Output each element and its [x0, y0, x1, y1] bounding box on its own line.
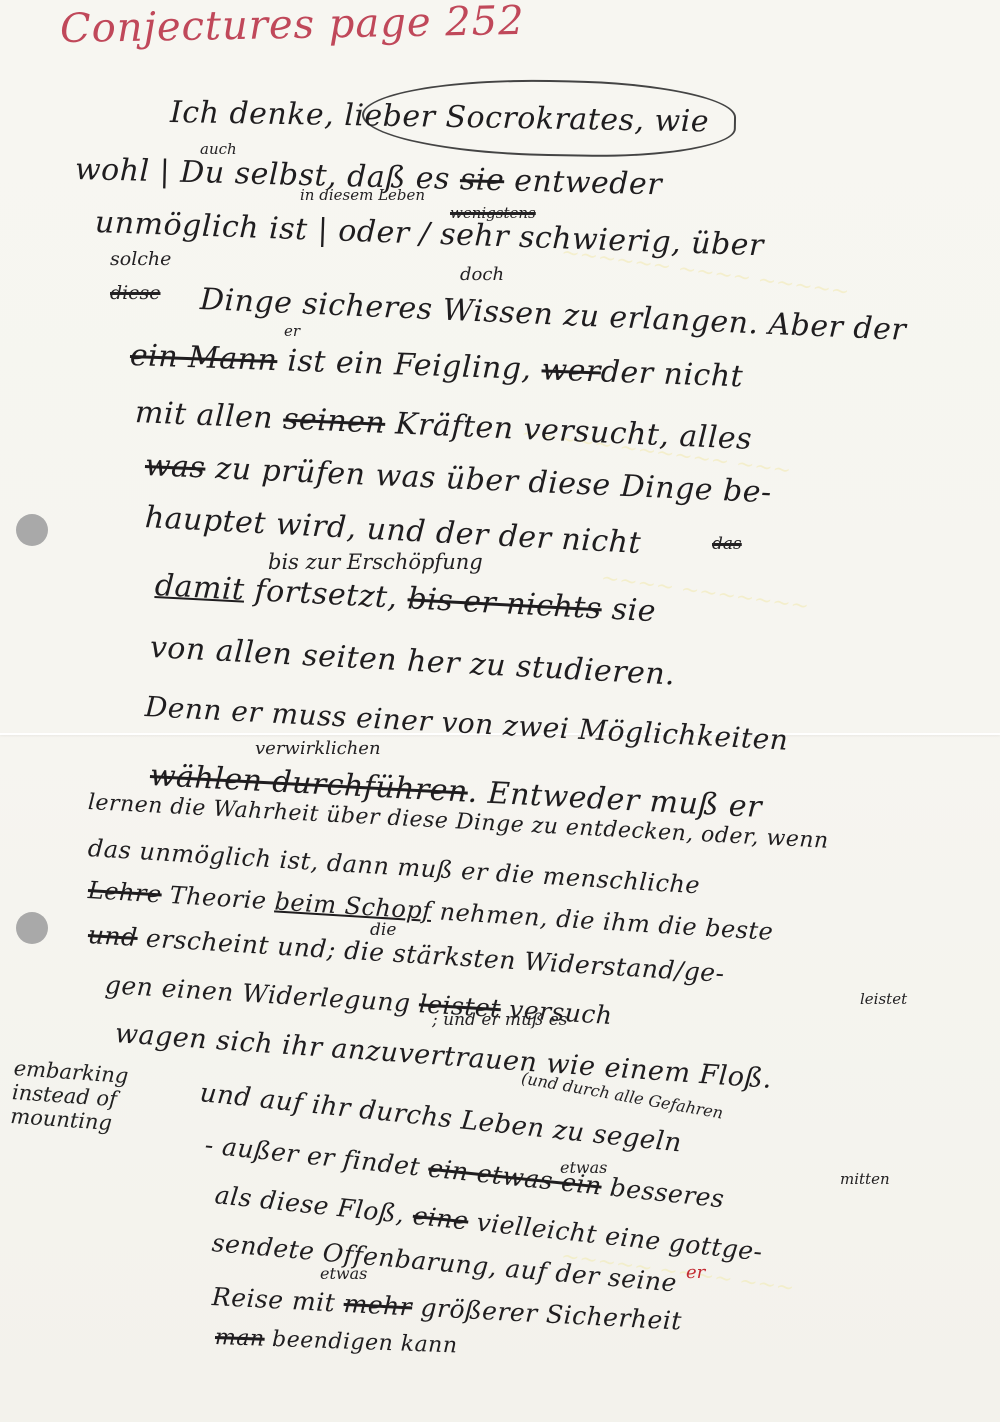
line-15-text: Theorie: [169, 881, 267, 915]
insertion-mitten: mitten: [840, 1170, 890, 1188]
underlined-beim-schopf: beim Schopf: [274, 887, 433, 925]
line-20-text: - außer er findet: [203, 1130, 421, 1181]
insertion-doch: doch: [460, 264, 504, 285]
struck-word: sie: [460, 162, 505, 198]
line-5: ein Mann ist ein Feigling, werder nicht: [129, 338, 743, 394]
line-9-rest: sie: [611, 592, 657, 629]
insertion-verwirklichen: verwirklichen: [255, 738, 381, 759]
struck-ein-mann: ein Mann: [129, 338, 278, 378]
line-15-rest: nehmen, die ihm die beste: [439, 898, 774, 946]
line-24: man beendigen kann: [215, 1325, 458, 1358]
line-3: unmöglich ist | oder / sehr schwierig, ü…: [94, 205, 764, 263]
insertion-versuch: ; und er muß es: [432, 1010, 568, 1030]
struck-mehr: mehr: [343, 1289, 413, 1322]
line-21-text: als diese Floß,: [213, 1180, 406, 1229]
line-10: von allen seiten her zu studieren.: [149, 630, 676, 692]
handwritten-page: ~~~~~~ ~~~~ ~~~~~ ~~~~~ ~~~~~~ ~~~ ~~~~ …: [0, 0, 1000, 1422]
red-insertion-er: er: [686, 1262, 705, 1283]
insertion-die: die: [370, 920, 396, 940]
insertion-er: er: [284, 322, 300, 340]
struck-wer: wer: [541, 352, 601, 389]
line-9: damit fortsetzt, bis er nichts sie: [154, 568, 657, 629]
insertion-solche: solche: [110, 248, 171, 270]
line-23-text: Reise mit: [211, 1282, 336, 1317]
line-11: Denn er muss einer von zwei Möglichkeite…: [144, 690, 789, 757]
struck-und: und: [87, 920, 138, 952]
line-9-text: fortsetzt,: [254, 573, 399, 615]
line-2-rest: entweder: [514, 164, 663, 203]
margin-note: embarking instead of mounting: [10, 1056, 130, 1136]
line-6: mit allen seinen Kräften versucht, alles: [134, 395, 753, 457]
line-23-rest: größerer Sicherheit: [420, 1293, 683, 1336]
struck-was: was: [144, 448, 206, 486]
insertion-etwas-2: etwas: [320, 1264, 367, 1283]
line-5-text: ist ein Feigling,: [287, 344, 532, 388]
line-20-rest: besseres: [609, 1173, 726, 1214]
insertion-bis-zur-erschoepfung: bis zur Erschöpfung: [268, 550, 483, 574]
punch-hole-bottom: [16, 912, 48, 944]
insertion-leistet: leistet: [860, 990, 907, 1008]
struck-lehre: Lehre: [87, 876, 162, 908]
line-5-rest: der nicht: [600, 354, 744, 394]
struck-man: man: [215, 1325, 265, 1352]
line-24-text: beendigen kann: [272, 1327, 458, 1358]
line-17-text: gen einen Widerlegung: [104, 970, 411, 1018]
insertion-in-diesem-leben: in diesem Leben: [300, 186, 425, 204]
struck-damit: damit: [154, 568, 245, 608]
struck-seinen: seinen: [282, 401, 386, 440]
punch-hole-top: [16, 514, 48, 546]
struck-das: das: [712, 534, 742, 554]
struck-eine: eine: [411, 1201, 469, 1236]
struck-bis-er-nichts: bis er nichts: [407, 581, 603, 626]
page-title: Conjectures page 252: [60, 0, 525, 52]
line-6-text: mit allen: [134, 395, 274, 436]
struck-diese: diese: [110, 282, 160, 304]
